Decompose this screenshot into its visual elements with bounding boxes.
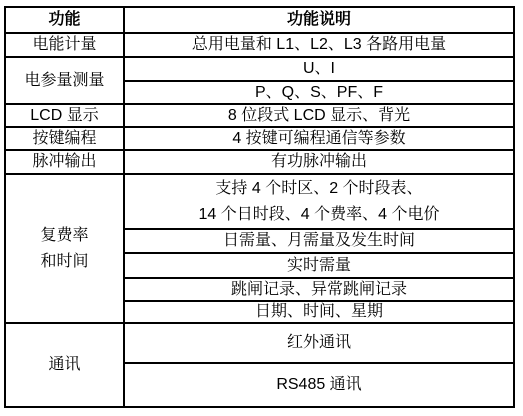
function-cell-pulse-output: 脉冲输出: [5, 150, 124, 174]
function-cell-lcd-display: LCD 显示: [5, 104, 124, 127]
description-text: 有功脉冲输出: [125, 152, 513, 172]
table-row: 电能计量 总用电量和 L1、L2、L3 各路用电量: [5, 33, 514, 57]
description-text: 日需量、月需量及发生时间: [125, 231, 513, 251]
description-cell: U、I: [124, 57, 514, 81]
description-cell: P、Q、S、PF、F: [124, 81, 514, 104]
header-function-cell: 功能: [5, 7, 124, 33]
description-cell: 总用电量和 L1、L2、L3 各路用电量: [124, 33, 514, 57]
description-cell: 4 按键可编程通信等参数: [124, 127, 514, 150]
description-text: 红外通讯: [125, 333, 513, 353]
table-row: 脉冲输出 有功脉冲输出: [5, 150, 514, 174]
function-cell-energy-metering: 电能计量: [5, 33, 124, 57]
function-label-line2: 和时间: [6, 249, 123, 275]
header-description-cell: 功能说明: [124, 7, 514, 33]
function-cell-tariff-and-time: 复费率 和时间: [5, 174, 124, 323]
function-label-line1: 复费率: [6, 223, 123, 249]
description-text: U、I: [125, 59, 513, 79]
description-text: 日期、时间、星期: [125, 302, 513, 322]
description-cell: 日期、时间、星期: [124, 301, 514, 323]
description-text-line1: 支持 4 个时区、2 个时段表、: [125, 176, 513, 202]
description-text: 总用电量和 L1、L2、L3 各路用电量: [125, 35, 513, 55]
table-header-row: 功能 功能说明: [5, 7, 514, 33]
description-text: 跳闸记录、异常跳闸记录: [125, 280, 513, 300]
description-text: 8 位段式 LCD 显示、背光: [125, 106, 513, 126]
table-row: LCD 显示 8 位段式 LCD 显示、背光: [5, 104, 514, 127]
description-cell: 8 位段式 LCD 显示、背光: [124, 104, 514, 127]
description-cell: 跳闸记录、异常跳闸记录: [124, 278, 514, 301]
description-text: 实时需量: [125, 256, 513, 276]
function-label: 脉冲输出: [6, 152, 123, 172]
table-row: 复费率 和时间 支持 4 个时区、2 个时段表、 14 个日时段、4 个费率、4…: [5, 174, 514, 229]
function-label: 电能计量: [6, 35, 123, 55]
description-cell: 实时需量: [124, 253, 514, 278]
function-cell-key-programming: 按键编程: [5, 127, 124, 150]
function-cell-communication: 通讯: [5, 323, 124, 407]
header-description-label: 功能说明: [125, 10, 513, 30]
function-label: 电参量测量: [6, 71, 123, 91]
description-cell: 红外通讯: [124, 323, 514, 363]
table-row: 通讯 红外通讯: [5, 323, 514, 363]
description-text-line2: 14 个日时段、4 个费率、4 个电价: [125, 202, 513, 228]
description-text: RS485 通讯: [125, 375, 513, 395]
function-spec-table: 功能 功能说明 电能计量 总用电量和 L1、L2、L3 各路用电量 电参量测量 …: [4, 6, 515, 408]
description-text: 4 按键可编程通信等参数: [125, 129, 513, 149]
header-function-label: 功能: [6, 10, 123, 30]
description-cell: 有功脉冲输出: [124, 150, 514, 174]
description-cell: 日需量、月需量及发生时间: [124, 229, 514, 253]
function-cell-parameter-measurement: 电参量测量: [5, 57, 124, 104]
table-row: 按键编程 4 按键可编程通信等参数: [5, 127, 514, 150]
description-cell: RS485 通讯: [124, 363, 514, 407]
description-text: P、Q、S、PF、F: [125, 83, 513, 103]
table-row: 电参量测量 U、I: [5, 57, 514, 81]
function-label: LCD 显示: [6, 106, 123, 126]
function-label: 按键编程: [6, 129, 123, 149]
description-cell: 支持 4 个时区、2 个时段表、 14 个日时段、4 个费率、4 个电价: [124, 174, 514, 229]
function-label: 通讯: [6, 355, 123, 375]
